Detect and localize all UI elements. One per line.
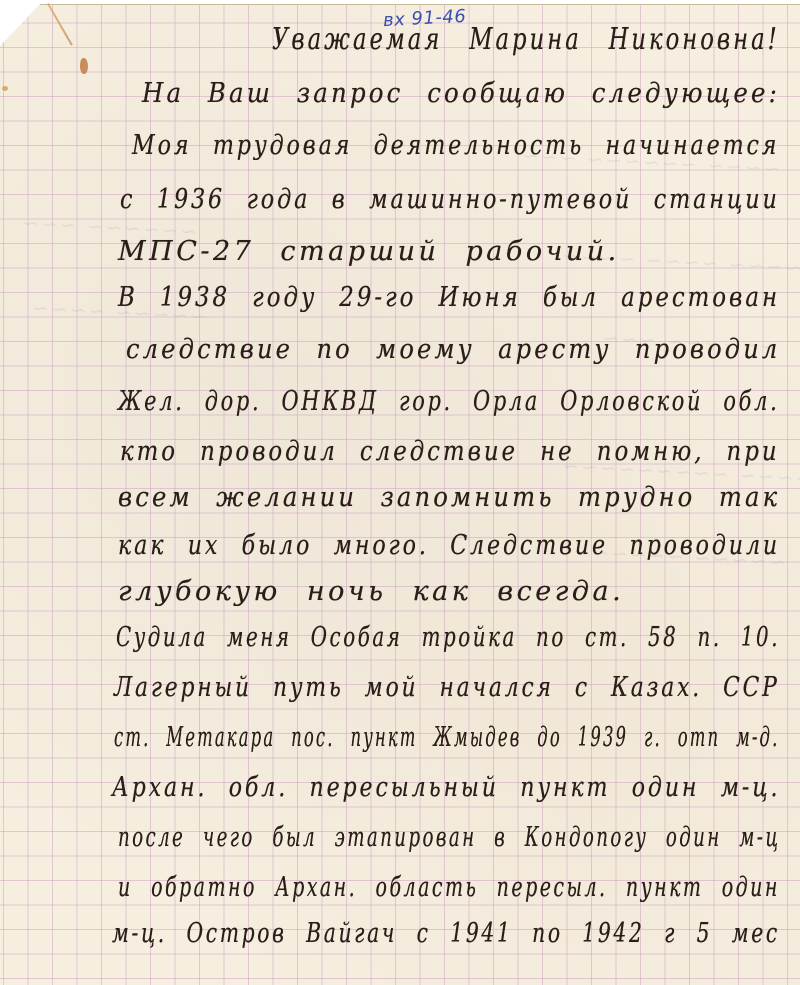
letter-line: ст. Метакара пос. пункт Жмыдев до 1939 г… — [114, 722, 779, 753]
letter-line: Жел. дор. ОНКВД гор. Орла Орловской обл. — [118, 386, 779, 417]
letter-line: МПС-27 старший рабочий. — [118, 236, 620, 267]
rust-stain — [80, 58, 88, 74]
letter-line: Судила меня Особая тройка по ст. 58 п. 1… — [116, 622, 780, 653]
letter-line: после чего был этапирован в Кондопогу од… — [118, 822, 780, 853]
letter-line: всем желании запомнить трудно так — [118, 482, 780, 513]
paper-top-edge — [0, 0, 800, 5]
letter-line: На Ваш запрос сообщаю следующее: — [142, 78, 780, 109]
letter-line: м-ц. Остров Вайгач с 1941 по 1942 г 5 ме… — [112, 918, 780, 949]
letter-page: ~~~~ ~~~~~~ ~~~ ~~~~~ ~~~~ ~~~~ ~~~~~~ ~… — [0, 0, 800, 985]
letter-line: Моя трудовая деятельность начинается — [132, 130, 779, 161]
salutation: Уважаемая Марина Никоновна! — [272, 22, 780, 57]
letter-line: следствие по моему аресту проводил — [126, 334, 780, 365]
rust-stain-streak — [47, 3, 73, 46]
letter-line: как их было много. Следствие проводили — [118, 530, 780, 561]
letter-line: и обратно Архан. область пересыл. пункт … — [118, 872, 780, 903]
letter-line: кто проводил следствие не помню, при — [120, 436, 780, 467]
letter-line: глубокую ночь как всегда. — [118, 576, 624, 607]
rust-stain-dot — [2, 86, 8, 91]
torn-corner — [0, 0, 44, 46]
letter-line: с 1936 года в машинно-путевой станции — [120, 184, 780, 215]
letter-line: Лагерный путь мой начался с Казах. ССР — [114, 672, 780, 703]
letter-line: Архан. обл. пересыльный пункт один м-ц. — [112, 772, 780, 803]
letter-line: В 1938 году 29-го Июня был арестован — [118, 282, 780, 313]
